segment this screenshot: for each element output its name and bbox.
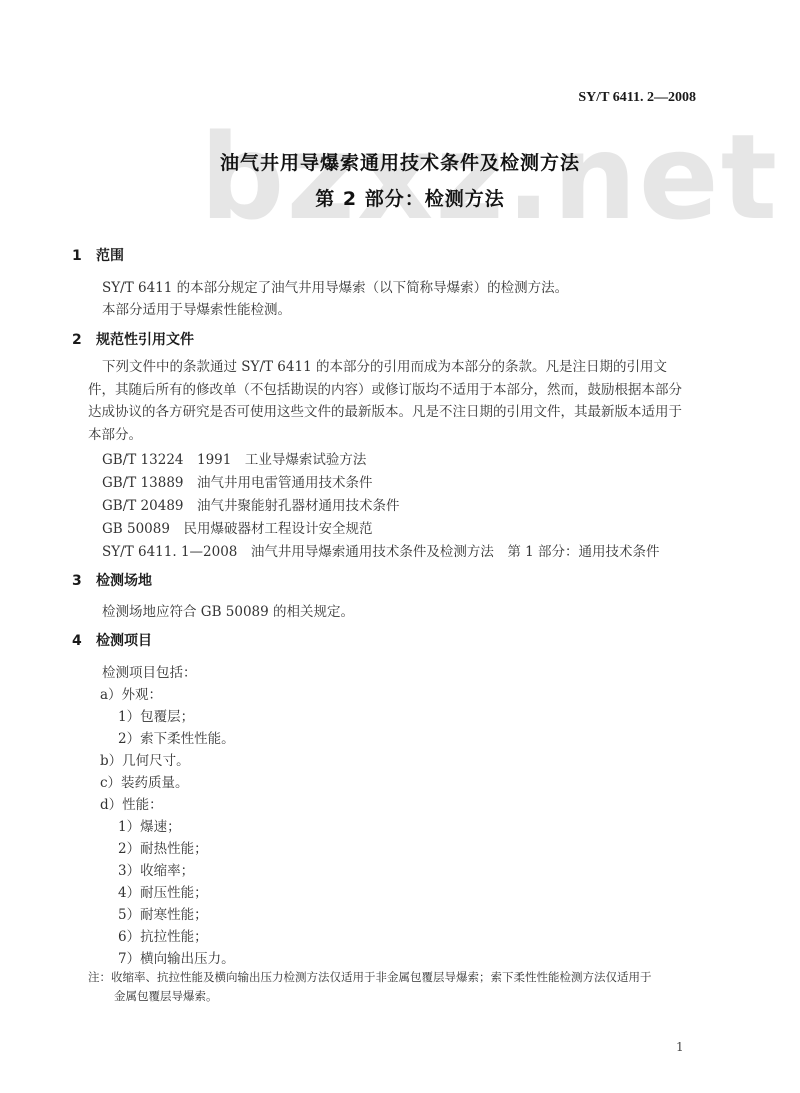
section-4-heading: 4检测项目 xyxy=(72,630,152,650)
reference-item: SY/T 6411. 1—2008 油气井用导爆索通用技术条件及检测方法 第 1… xyxy=(102,540,660,560)
section-1-paragraph: 本部分适用于导爆索性能检测。 xyxy=(102,298,291,318)
list-item: 3）收缩率； xyxy=(118,859,194,879)
standard-code: SY/T 6411. 2—2008 xyxy=(578,90,696,106)
list-item: 2）耐热性能； xyxy=(118,837,208,857)
document-subtitle: 第 2 部分：检测方法 xyxy=(10,184,800,211)
note-line: 金属包覆层导爆索。 xyxy=(114,988,218,1004)
note-line: 注：收缩率、抗拉性能及横向输出压力检测方法仅适用于非金属包覆层导爆索；索下柔性性… xyxy=(88,969,652,985)
section-2-paragraph: 下列文件中的条款通过 SY/T 6411 的本部分的引用而成为本部分的条款。凡是… xyxy=(88,356,688,446)
list-item: 6）抗拉性能； xyxy=(118,925,208,945)
reference-item: GB/T 13224 1991 工业导爆索试验方法 xyxy=(102,448,366,468)
section-3-paragraph: 检测场地应符合 GB 50089 的相关规定。 xyxy=(102,600,354,620)
section-number: 4 xyxy=(72,633,96,649)
list-item: c）装药质量。 xyxy=(100,771,189,791)
list-item: 2）索下柔性性能。 xyxy=(118,727,235,747)
list-item: 1）包覆层； xyxy=(118,705,194,725)
section-4-intro: 检测项目包括： xyxy=(102,661,197,681)
section-title: 规范性引用文件 xyxy=(96,332,194,348)
watermark: bzxz.net xyxy=(200,118,779,236)
section-1-heading: 1范围 xyxy=(72,245,124,265)
document-title: 油气井用导爆索通用技术条件及检测方法 xyxy=(0,148,800,175)
section-1-paragraph: SY/T 6411 的本部分规定了油气井用导爆索（以下简称导爆索）的检测方法。 xyxy=(102,276,568,296)
list-item: 4）耐压性能； xyxy=(118,881,208,901)
reference-item: GB/T 13889 油气井用电雷管通用技术条件 xyxy=(102,471,373,491)
list-item: d）性能： xyxy=(100,793,163,813)
section-number: 2 xyxy=(72,332,96,348)
list-item: a）外观： xyxy=(100,683,162,703)
section-title: 检测场地 xyxy=(96,573,152,589)
section-3-heading: 3检测场地 xyxy=(72,570,152,590)
reference-item: GB 50089 民用爆破器材工程设计安全规范 xyxy=(102,517,372,537)
list-item: 7）横向输出压力。 xyxy=(118,947,235,967)
section-title: 检测项目 xyxy=(96,633,152,649)
section-number: 1 xyxy=(72,248,96,264)
reference-item: GB/T 20489 油气井聚能射孔器材通用技术条件 xyxy=(102,494,400,514)
section-title: 范围 xyxy=(96,248,124,264)
page-number: 1 xyxy=(676,1040,684,1054)
list-item: 1）爆速； xyxy=(118,815,181,835)
list-item: b）几何尺寸。 xyxy=(100,749,190,769)
list-item: 5）耐寒性能； xyxy=(118,903,208,923)
section-2-heading: 2规范性引用文件 xyxy=(72,329,194,349)
section-number: 3 xyxy=(72,573,96,589)
